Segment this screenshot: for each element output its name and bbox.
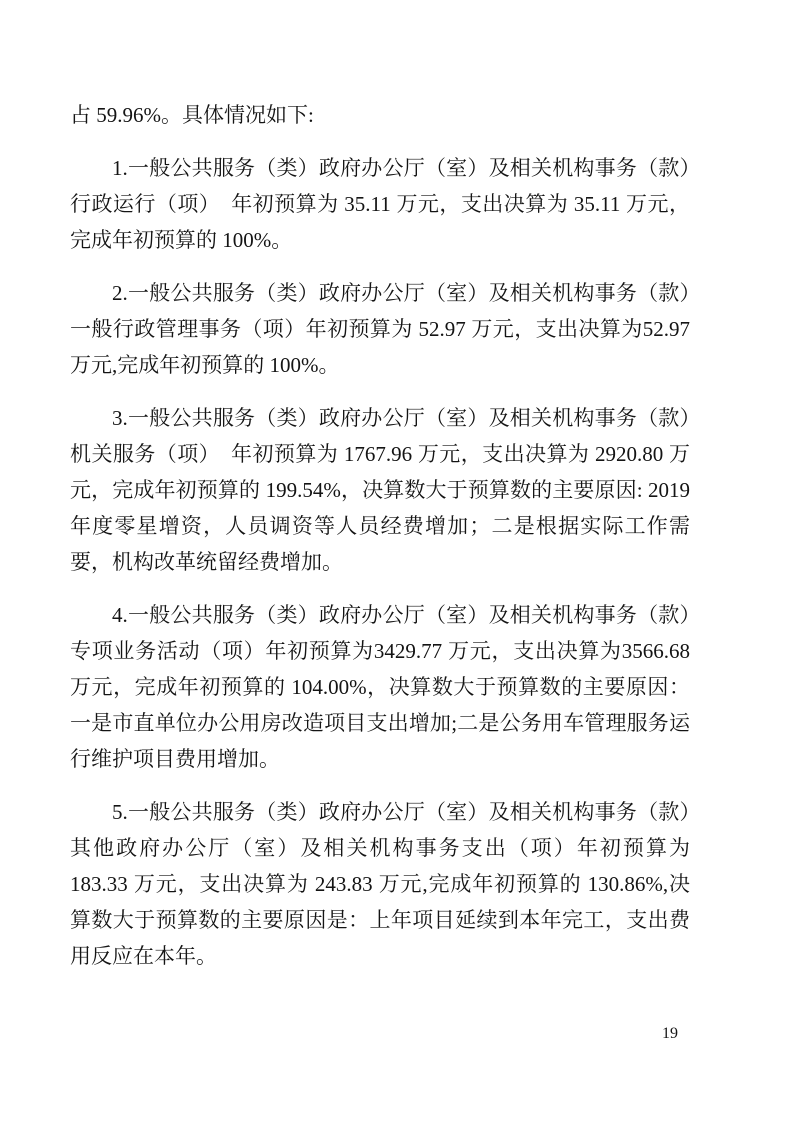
body-paragraph: 4.一般公共服务（类）政府办公厅（室）及相关机构事务（款）专项业务活动（项）年初… (70, 597, 690, 777)
document-body: 占 59.96%。具体情况如下: 1.一般公共服务（类）政府办公厅（室）及相关机… (70, 97, 690, 974)
page-number: 19 (662, 1025, 678, 1043)
body-paragraph: 5.一般公共服务（类）政府办公厅（室）及相关机构事务（款）其他政府办公厅（室）及… (70, 794, 690, 974)
paragraph-list: 1.一般公共服务（类）政府办公厅（室）及相关机构事务（款）行政运行（项） 年初预… (70, 150, 690, 974)
document-page: 占 59.96%。具体情况如下: 1.一般公共服务（类）政府办公厅（室）及相关机… (0, 0, 793, 1122)
body-paragraph: 1.一般公共服务（类）政府办公厅（室）及相关机构事务（款）行政运行（项） 年初预… (70, 150, 690, 258)
intro-paragraph: 占 59.96%。具体情况如下: (70, 97, 690, 133)
body-paragraph: 3.一般公共服务（类）政府办公厅（室）及相关机构事务（款）机关服务（项） 年初预… (70, 400, 690, 580)
body-paragraph: 2.一般公共服务（类）政府办公厅（室）及相关机构事务（款）一般行政管理事务（项）… (70, 275, 690, 383)
